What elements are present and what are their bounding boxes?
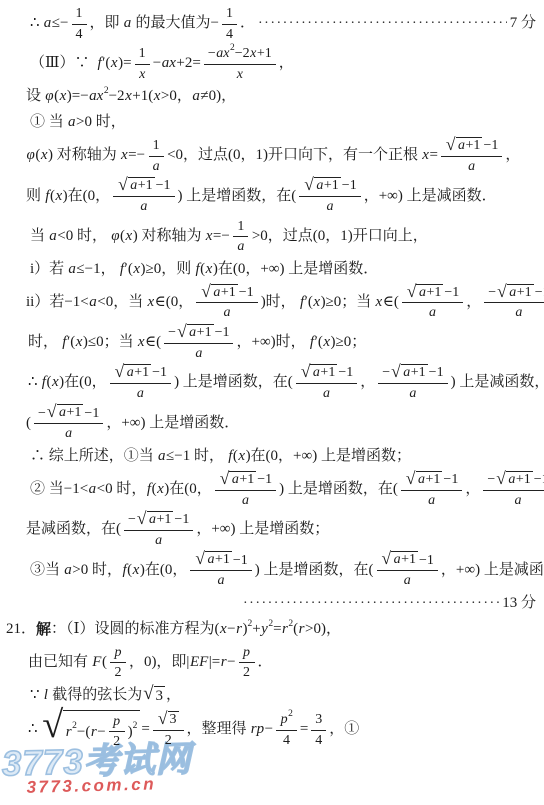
radicand: a+1	[507, 284, 534, 302]
line-case2-ii: ii）若−1<a<0，当 x∈(0，√a+1−1a)时， f′(x)≥0；当 x…	[0, 284, 544, 322]
text: +1	[157, 512, 172, 529]
math-variable: x	[313, 292, 321, 314]
math-variable: x	[323, 332, 331, 354]
superscript: 2	[72, 721, 77, 732]
text: ，+∞)时，	[236, 332, 309, 354]
text: +1	[134, 365, 149, 382]
math-variable: a	[241, 492, 249, 510]
text: ) 对称轴为	[48, 145, 121, 167]
math-variable: p	[280, 711, 288, 729]
text: >0，过点(0，1)开口向上，	[252, 226, 428, 248]
superscript: 2	[230, 43, 235, 55]
text: +1	[466, 138, 481, 155]
fraction: √a+1−1a	[190, 551, 251, 589]
fraction: −√a+1−1a	[124, 511, 193, 549]
numerator: 3	[311, 711, 326, 731]
math-variable: a	[68, 112, 77, 134]
math-variable: a	[213, 285, 221, 302]
numerator: 1	[233, 218, 248, 238]
fraction: 1a	[148, 137, 164, 175]
square-root: √a+1	[496, 471, 533, 489]
math-variable: ax	[89, 86, 104, 108]
math-variable: a	[207, 552, 215, 569]
text: ，	[166, 685, 181, 707]
denominator: x	[135, 65, 150, 84]
math-variable: x	[133, 259, 141, 281]
math-variable: x	[238, 446, 246, 468]
math-variable: x	[137, 332, 145, 354]
text: =	[273, 619, 281, 641]
math-variable: x	[422, 145, 430, 167]
radicand: a+1	[416, 471, 443, 489]
text: ，	[466, 292, 481, 314]
denominator: 4	[311, 731, 326, 750]
text: ，	[465, 479, 480, 501]
text: +1	[320, 365, 335, 382]
text: )在(0，+∞) 上是增函数；	[246, 446, 411, 468]
fraction: √32	[153, 711, 184, 749]
radicand: a+1	[211, 284, 238, 302]
math-variable: a	[458, 138, 466, 155]
text: 时，	[28, 332, 62, 354]
numerator: √a+1−1	[296, 364, 357, 384]
text: 7 分	[510, 13, 536, 35]
text: 1	[153, 137, 160, 155]
numerator: 1	[72, 5, 87, 25]
fraction: −√a+1−1a	[483, 471, 544, 509]
text: 当	[30, 226, 49, 248]
math-variable: ax	[216, 45, 230, 63]
line-case2-axis: 当 a<0 时， φ(x) 对称轴为 x=−1a>0，过点(0，1)开口向上，	[0, 218, 544, 256]
denominator: 2	[110, 663, 125, 682]
text: 1	[76, 5, 83, 23]
radicand: a+1	[401, 364, 428, 382]
square-root: √a+1	[446, 137, 483, 155]
radicand: a+1	[506, 471, 533, 489]
text: 13 分	[502, 593, 536, 615]
radical-sign: √	[143, 685, 153, 704]
text: =	[300, 719, 308, 741]
math-variable: a	[217, 572, 225, 590]
math-variable: x	[132, 560, 140, 582]
fraction: √a+1−1a	[441, 137, 502, 175]
line-score-13pts: ········································…	[0, 592, 544, 616]
math-variable: r	[282, 619, 289, 641]
math-variable: a	[158, 446, 167, 468]
denominator: a	[233, 237, 249, 256]
superscript: 2	[288, 618, 293, 632]
denominator: 4	[222, 25, 237, 44]
denominator: a	[511, 303, 527, 322]
text: −	[227, 652, 235, 674]
math-variable: p	[114, 644, 122, 662]
text: ≠0)，	[200, 86, 236, 108]
text: >0 时，	[72, 560, 122, 582]
denominator: 4	[279, 731, 294, 750]
radical-sign: √	[47, 403, 57, 421]
math-variable: r	[220, 652, 227, 674]
math-variable: a	[59, 405, 67, 422]
math-variable: a	[65, 425, 73, 443]
math-variable: a	[123, 13, 132, 35]
fraction: √a+1−1a	[402, 284, 463, 322]
math-variable: p	[113, 713, 121, 731]
math-variable: a	[223, 304, 231, 322]
text: <0，当	[97, 292, 147, 314]
fraction: −ax2−2x+1x	[204, 45, 276, 83]
numerator: −√a+1−1	[34, 404, 103, 424]
text: +1	[215, 552, 230, 569]
line-case2-ii-cont: 时， f′(x)≤0；当 x∈(−√a+1−1a，+∞)时， f′(x)≥0；	[0, 324, 544, 362]
math-variable: x	[75, 332, 83, 354]
text: 是减函数，在(	[26, 519, 121, 541]
math-variable: x	[120, 145, 128, 167]
radical-sign: √	[382, 550, 392, 568]
square-root: √a+1	[137, 511, 174, 529]
math-variable: x	[110, 53, 118, 75]
text: <0 时，	[97, 479, 147, 501]
line-summary-3: ③当 a>0 时，f(x)在(0，√a+1−1a) 上是增函数，在(√a+1−1…	[0, 551, 544, 589]
fraction: √a+1−1a	[377, 551, 438, 589]
fraction: 14	[222, 5, 237, 43]
square-root: √a+1	[301, 364, 338, 382]
text: −1	[156, 177, 171, 195]
radicand: a+1	[314, 177, 341, 195]
numerator: √a+1−1	[110, 364, 171, 384]
square-root: √a+1	[497, 284, 534, 302]
math-variable: a	[189, 325, 197, 342]
math-variable: a	[195, 345, 203, 363]
text: ∈(0，	[155, 292, 194, 314]
math-variable: a	[312, 365, 320, 382]
math-variable: x	[125, 226, 133, 248]
fraction: −√a+1−1a	[34, 404, 103, 442]
text: +1(	[132, 86, 153, 108]
math-variable: a	[88, 479, 97, 501]
line-define-phi: 设 φ(x)=−ax2−2x+1(x>0，a≠0)，	[0, 85, 544, 109]
text: =	[141, 719, 149, 741]
square-root: √a+1	[195, 551, 232, 569]
numerator: −√a+1−1	[484, 284, 544, 304]
square-root: √a+1	[391, 364, 428, 382]
text: 21．	[6, 619, 36, 641]
fraction: √a+1−1a	[196, 284, 257, 322]
text: <0 时，	[57, 226, 110, 248]
text: −2	[109, 86, 125, 108]
square-root: √a+1	[201, 284, 238, 302]
numerator: √a+1−1	[215, 471, 276, 491]
denominator: a	[148, 157, 164, 176]
superscript: 2	[104, 85, 109, 99]
text: ∈(	[145, 332, 161, 354]
text: −	[227, 619, 235, 641]
text: ≤−1 时，	[166, 446, 228, 468]
text: ② 当−1<	[30, 479, 88, 501]
math-variable: a	[64, 560, 73, 582]
square-root: √a+1	[406, 471, 443, 489]
radical-sign: √	[158, 710, 168, 728]
radicand: 3	[154, 686, 166, 705]
square-root: √3	[143, 686, 165, 705]
numerator: √a+1−1	[299, 177, 360, 197]
fraction: √a+1−1a	[215, 471, 276, 509]
denominator: a	[61, 424, 77, 443]
fraction: p2	[109, 713, 125, 751]
text: ③当	[30, 560, 64, 582]
dotted-leader: ········································…	[243, 594, 499, 614]
text: ，①	[329, 719, 359, 741]
line-summary-2-cont: 是减函数，在(−√a+1−1a，+∞) 上是增函数；	[0, 511, 544, 549]
radical-sign: √	[42, 710, 63, 741]
math-variable: φ	[45, 86, 54, 108]
numerator: 1	[222, 5, 237, 25]
math-variable: a	[316, 178, 324, 195]
text: −	[97, 723, 105, 741]
text: +	[252, 619, 260, 641]
line-case2-i: i）若 a≤−1， f′(x)≥0，则 f(x)在(0，+∞) 上是增函数．	[0, 258, 544, 282]
math-variable: EF	[189, 652, 208, 674]
superscript: 2	[268, 618, 273, 632]
text: −1	[84, 405, 99, 423]
watermark-site-url: 3773.com.cn	[26, 774, 192, 798]
text: (	[102, 652, 107, 674]
text: i）若	[30, 259, 68, 281]
text: 4	[76, 26, 83, 44]
radical-sign: √	[177, 323, 187, 341]
numerator: 1	[135, 45, 150, 65]
math-variable: a	[418, 472, 426, 489]
denominator: a	[399, 571, 415, 590]
text: ′(	[125, 259, 133, 281]
denominator: 4	[72, 25, 87, 44]
numerator: p	[109, 713, 125, 733]
math-variable: a	[326, 198, 334, 216]
fraction: −√a+1−1a	[484, 284, 544, 322]
line-summary-2: ② 当−1<a<0 时，f(x)在(0，√a+1−1a) 上是增函数，在(√a+…	[0, 471, 544, 509]
math-variable: x	[157, 479, 165, 501]
text: ，	[360, 372, 375, 394]
text: )在(0，	[63, 186, 111, 208]
math-variable: rp	[250, 719, 264, 741]
square-root: √a+1	[382, 551, 419, 569]
text: −1	[534, 471, 544, 489]
math-variable: x	[219, 619, 227, 641]
line-conclusion-7pts: ∴ a≤−14，即 a 的最大值为−14．···················…	[0, 5, 544, 43]
radical-sign: √	[496, 470, 506, 488]
square-root: √a+1	[220, 471, 257, 489]
text: ，+∞) 上是增函数．	[106, 413, 239, 435]
text: 2	[165, 732, 172, 750]
radical-sign: √	[304, 176, 314, 194]
text: ．	[240, 13, 255, 35]
fraction: 34	[311, 711, 326, 749]
fraction: p2	[239, 644, 255, 682]
fraction: p2	[110, 644, 126, 682]
text: )在(0，	[59, 372, 107, 394]
radicand: a+1	[205, 551, 232, 569]
denominator: a	[136, 197, 152, 216]
line-q21-equation: ∴ √r2−(r−p2)2=√32，整理得 rp−p24=34，①	[0, 710, 544, 751]
text: −1	[257, 471, 272, 489]
math-variable: a	[231, 472, 239, 489]
text: ，+∞) 上是增函数；	[196, 519, 329, 541]
radical-sign: √	[301, 363, 311, 381]
text: =−	[128, 145, 145, 167]
text: 2	[243, 664, 250, 682]
text: −	[487, 471, 495, 489]
math-variable: φ	[26, 145, 35, 167]
radical-sign: √	[407, 283, 417, 301]
denominator: a	[151, 531, 167, 550]
text: ，+∞) 上是减函数．	[441, 560, 544, 582]
text: 则	[26, 186, 45, 208]
math-variable: x	[375, 292, 383, 314]
text: 3	[156, 687, 164, 705]
math-variable: x	[205, 259, 213, 281]
text: −1	[443, 471, 458, 489]
text: −	[265, 719, 273, 741]
text: −1	[535, 284, 544, 302]
square-root: √a+1	[177, 324, 214, 342]
superscript: 2	[247, 618, 252, 632]
math-variable: a	[152, 158, 160, 176]
text: |=	[209, 652, 220, 674]
denominator: a	[319, 384, 335, 403]
text: +1	[197, 325, 212, 342]
numerator: √a+1−1	[401, 471, 462, 491]
denominator: 2	[161, 731, 176, 750]
numerator: −√a+1−1	[483, 471, 544, 491]
text: )≤0；当	[83, 332, 137, 354]
text: −1	[342, 177, 357, 195]
text: +1	[401, 552, 416, 569]
text: −	[128, 511, 136, 529]
math-variable: φ	[111, 226, 120, 248]
text: ) 上是增函数，在(	[178, 186, 297, 208]
math-variable: a	[428, 492, 436, 510]
math-variable: a	[429, 304, 437, 322]
text: +1	[516, 472, 531, 489]
text: −	[382, 364, 390, 382]
math-variable: x	[40, 145, 48, 167]
text: ∴	[28, 719, 41, 741]
text: ) 上是增函数，在(	[255, 560, 374, 582]
line-case1-monotonic: 则 f(x)在(0，√a+1−1a) 上是增函数，在(√a+1−1a，+∞) 上…	[0, 177, 544, 215]
text: −1	[215, 324, 230, 342]
fraction: √a+1−1a	[113, 177, 174, 215]
square-root: √a+1	[115, 364, 152, 382]
text: −1	[233, 552, 248, 570]
numerator: −ax2−2x+1	[204, 45, 276, 65]
denominator: a	[213, 571, 229, 590]
line-q21-chord: ∵ l 截得的弦长为√3，	[0, 684, 544, 708]
denominator: a	[322, 197, 338, 216]
denominator: 2	[109, 732, 124, 751]
radicand: r2−(r−p2)2	[63, 710, 140, 751]
fraction: √a+1−1a	[299, 177, 360, 215]
text: −1	[419, 552, 434, 570]
denominator: x	[232, 65, 247, 84]
radicand: a+1	[391, 551, 418, 569]
math-variable: x	[236, 66, 243, 84]
numerator: p	[239, 644, 255, 664]
text: )在(0，+∞) 上是增函数．	[213, 259, 378, 281]
text: +1	[411, 365, 426, 382]
text: ) 上是减函数，在	[451, 372, 544, 394]
text: +1	[324, 178, 339, 195]
math-variable: a	[418, 285, 426, 302]
square-root: √3	[158, 711, 179, 729]
text: ≤−1，	[76, 259, 119, 281]
math-variable: x	[125, 86, 133, 108]
numerator: −√a+1−1	[164, 324, 233, 344]
text: >0，	[161, 86, 192, 108]
text: (	[26, 413, 31, 435]
numerator: √a+1−1	[441, 137, 502, 157]
text: ∵	[30, 685, 43, 707]
text: −2	[235, 45, 250, 63]
text: +1	[239, 472, 254, 489]
text: 3	[170, 712, 177, 729]
square-root: √a+1	[407, 284, 444, 302]
math-variable: x	[147, 292, 155, 314]
line-summary-1: ∴ 综上所述，①当 a≤−1 时， f(x)在(0，+∞) 上是增函数；	[0, 445, 544, 469]
math-variable: a	[136, 385, 144, 403]
math-variable: a	[468, 158, 476, 176]
math-variable: a	[323, 385, 331, 403]
superscript: 2	[133, 721, 138, 732]
superscript: 2	[288, 709, 293, 721]
math-variable: r	[298, 619, 305, 641]
math-variable: a	[508, 472, 516, 489]
line-q21-focus: 由已知有 F(p2，0)，即|EF|=r−p2．	[0, 644, 544, 682]
radicand: a+1	[416, 284, 443, 302]
text: −1	[239, 284, 254, 302]
numerator: √3	[153, 711, 184, 731]
text: 4	[283, 732, 290, 750]
denominator: a	[425, 303, 441, 322]
text: ) 上是增函数，在(	[279, 479, 398, 501]
text: ，+∞) 上是减函数．	[364, 186, 497, 208]
line-case2-conclusion: ∴ f(x)在(0，√a+1−1a) 上是增函数，在(√a+1−1a，−√a+1…	[0, 364, 544, 402]
text: −1	[338, 364, 353, 382]
text: ，整理得	[187, 719, 251, 741]
radical-sign: √	[220, 470, 230, 488]
text: ，	[505, 145, 520, 167]
radical-sign: √	[201, 283, 211, 301]
radical-sign: √	[497, 283, 507, 301]
text: 由已知有	[28, 652, 92, 674]
math-variable: a	[149, 512, 157, 529]
text: −1	[444, 284, 459, 302]
text: −	[208, 45, 216, 63]
text: −	[168, 324, 176, 342]
math-variable: x	[55, 186, 63, 208]
math-variable: x	[250, 45, 257, 63]
math-variable: a	[155, 532, 163, 550]
text: 1	[237, 218, 244, 236]
math-variable: x	[139, 66, 146, 84]
text: <0，过点(0，1)开口向下，有一个正根	[167, 145, 422, 167]
radicand: 3	[168, 711, 179, 729]
text: ，	[279, 53, 294, 75]
math-variable: a	[237, 238, 245, 256]
text: +1	[426, 285, 441, 302]
text: 设	[26, 86, 45, 108]
numerator: 1	[149, 137, 164, 157]
text: ，0)，即|	[129, 652, 190, 674]
text: +1	[517, 285, 532, 302]
